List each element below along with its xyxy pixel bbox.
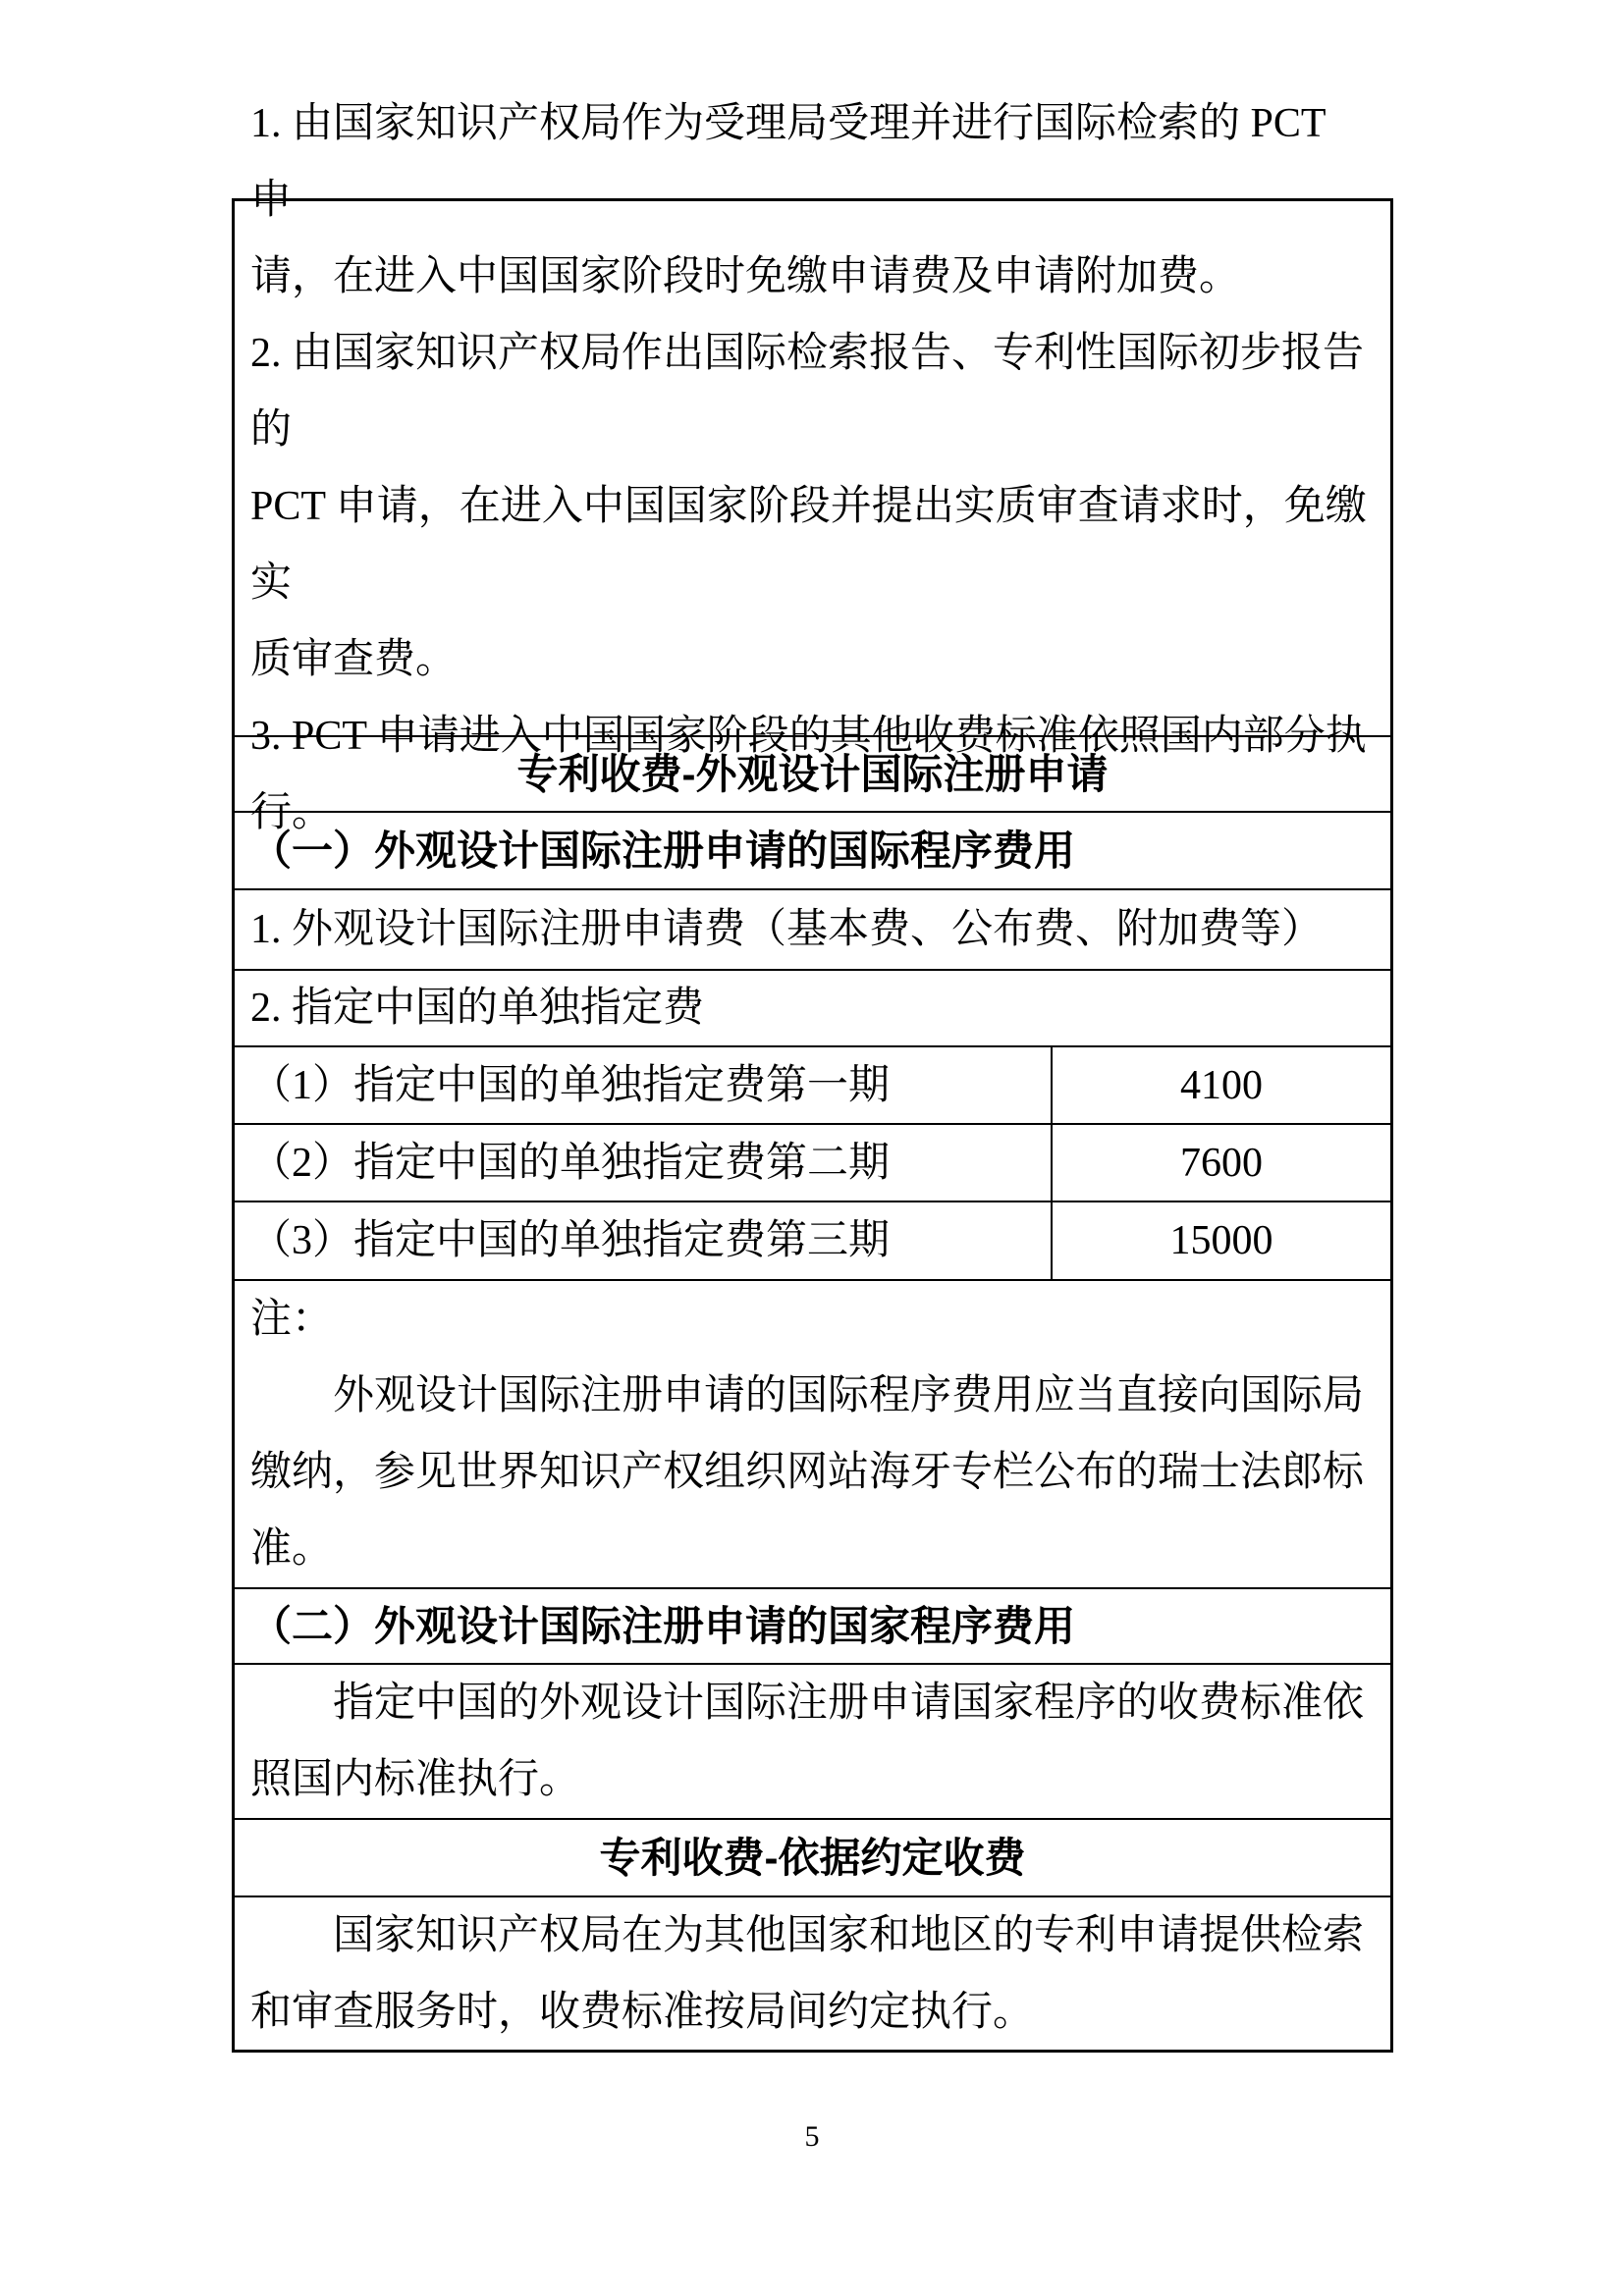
fees-by-agreement-text-block: 国家知识产权局在为其他国家和地区的专利申请提供检索 和审查服务时，收费标准按局间… — [235, 1896, 1390, 2050]
note-block-text: 注： 外观设计国际注册申请的国际程序费用应当直接向国际局 缴纳，参见世界知识产权… — [250, 1281, 1375, 1587]
section-header-design-international-registration-text: 专利收费-外观设计国际注册申请 — [250, 736, 1375, 813]
fee-row-third-installment: （3）指定中国的单独指定费第三期 15000 — [235, 1201, 1390, 1279]
fee-label: （2）指定中国的单独指定费第二期 — [235, 1125, 1053, 1201]
item-international-registration-fee-text: 1. 外观设计国际注册申请费（基本费、公布费、附加费等） — [250, 891, 1375, 968]
fees-by-agreement-text: 国家知识产权局在为其他国家和地区的专利申请提供检索 和审查服务时，收费标准按局间… — [250, 1897, 1375, 2051]
item-individual-designation-fee-text: 2. 指定中国的单独指定费 — [250, 970, 1375, 1046]
item-international-registration-fee: 1. 外观设计国际注册申请费（基本费、公布费、附加费等） — [235, 888, 1390, 969]
subsection-national-procedure-fees: （二）外观设计国际注册申请的国家程序费用 — [235, 1587, 1390, 1663]
fee-value: 7600 — [1053, 1125, 1390, 1201]
fee-value: 4100 — [1053, 1047, 1390, 1124]
fee-row-second-installment: （2）指定中国的单独指定费第二期 7600 — [235, 1123, 1390, 1201]
fee-row-first-installment: （1）指定中国的单独指定费第一期 4100 — [235, 1045, 1390, 1123]
national-procedure-text-block: 指定中国的外观设计国际注册申请国家程序的收费标准依 照国内标准执行。 — [235, 1663, 1390, 1818]
page-number: 5 — [0, 2120, 1624, 2154]
section-header-fees-by-agreement: 专利收费-依据约定收费 — [235, 1818, 1390, 1896]
item-individual-designation-fee: 2. 指定中国的单独指定费 — [235, 969, 1390, 1045]
subsection-international-procedure-fees: （一）外观设计国际注册申请的国际程序费用 — [235, 811, 1390, 888]
section-header-design-international-registration: 专利收费-外观设计国际注册申请 — [235, 735, 1390, 811]
subsection-national-procedure-fees-text: （二）外观设计国际注册申请的国家程序费用 — [250, 1588, 1375, 1665]
patent-fee-table: 1. 由国家知识产权局作为受理局受理并进行国际检索的 PCT 申 请，在进入中国… — [232, 198, 1393, 2053]
pct-national-phase-notes: 1. 由国家知识产权局作为受理局受理并进行国际检索的 PCT 申 请，在进入中国… — [235, 201, 1390, 735]
fee-value: 15000 — [1053, 1202, 1390, 1279]
note-block: 注： 外观设计国际注册申请的国际程序费用应当直接向国际局 缴纳，参见世界知识产权… — [235, 1279, 1390, 1587]
national-procedure-text: 指定中国的外观设计国际注册申请国家程序的收费标准依 照国内标准执行。 — [250, 1665, 1375, 1818]
subsection-international-procedure-fees-text: （一）外观设计国际注册申请的国际程序费用 — [250, 813, 1375, 889]
section-header-fees-by-agreement-text: 专利收费-依据约定收费 — [250, 1820, 1375, 1896]
document-page: 1. 由国家知识产权局作为受理局受理并进行国际检索的 PCT 申 请，在进入中国… — [0, 0, 1624, 2296]
fee-label: （1）指定中国的单独指定费第一期 — [235, 1047, 1053, 1123]
fee-label: （3）指定中国的单独指定费第三期 — [235, 1202, 1053, 1279]
